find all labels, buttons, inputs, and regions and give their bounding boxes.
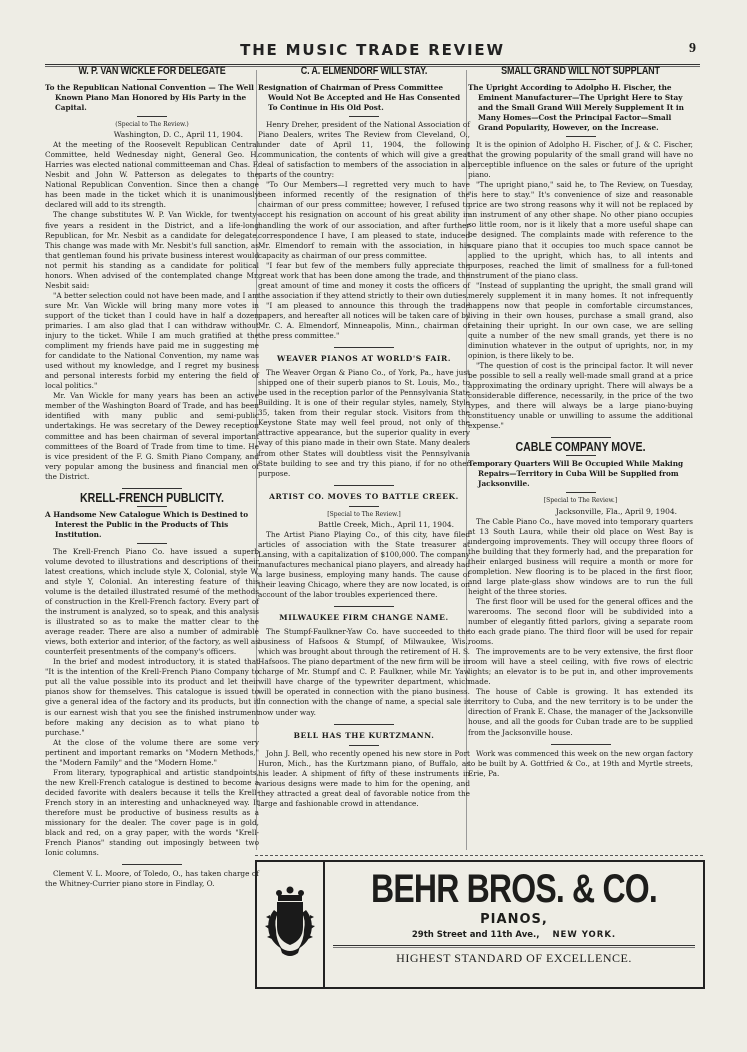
headline: SMALL GRAND WILL NOT SUPPLANT [488, 66, 673, 76]
ad-slogan: HIGHEST STANDARD OF EXCELLENCE. [325, 949, 703, 967]
special-note: [Special to The Review.] [258, 510, 470, 520]
headline: MILWAUKEE FIRM CHANGE NAME. [258, 613, 470, 623]
article-elmendorf: C. A. ELMENDORF WILL STAY. Resignation o… [258, 66, 470, 341]
article-cable: CABLE COMPANY MOVE. Temporary Quarters W… [468, 442, 693, 737]
headline: W. P. VAN WICKLE FOR DELEGATE [64, 66, 239, 76]
paragraph: Work was commenced this week on the new … [468, 749, 693, 779]
special-note: (Special to The Review.) [45, 120, 259, 130]
divider [551, 437, 611, 438]
dateline: Washington, D. C., April 11, 1904. [45, 130, 259, 140]
paragraph: The Artist Piano Playing Co., of this ci… [258, 530, 470, 600]
column-3: SMALL GRAND WILL NOT SUPPLANT The Uprigh… [468, 66, 693, 779]
column-2: C. A. ELMENDORF WILL STAY. Resignation o… [258, 66, 470, 809]
divider [255, 855, 703, 856]
paragraph: The first floor will be used for the gen… [468, 597, 693, 647]
column-1: W. P. VAN WICKLE FOR DELEGATE To the Rep… [45, 66, 259, 889]
article-krell-french: KRELL-FRENCH PUBLICITY. A Handsome New C… [45, 493, 259, 859]
paragraph: The change substitutes W. P. Van Wickle,… [45, 210, 259, 290]
article-weaver: WEAVER PIANOS AT WORLD'S FAIR. The Weave… [258, 354, 470, 479]
divider [334, 347, 394, 348]
divider [566, 455, 596, 456]
divider [122, 864, 182, 865]
paragraph: In the brief and modest introductory, it… [45, 657, 259, 737]
article-bell: BELL HAS THE KURTZMANN. John J. Bell, wh… [258, 731, 470, 809]
divider [566, 492, 596, 493]
article-van-wickle: W. P. VAN WICKLE FOR DELEGATE To the Rep… [45, 66, 259, 482]
divider [349, 745, 379, 746]
article-artist-co: ARTIST CO. MOVES TO BATTLE CREEK. [Speci… [258, 492, 470, 600]
paragraph: The Stumpf-Faulkner-Yaw Co. have succeed… [258, 627, 470, 717]
page-number: 9 [689, 41, 696, 57]
behr-bros-advertisement: BEHR BROS. & CO. PIANOS, 29th Street and… [255, 860, 705, 989]
paragraph: The Cable Piano Co., have moved into tem… [468, 517, 693, 597]
headline: WEAVER PIANOS AT WORLD'S FAIR. [258, 354, 470, 364]
divider [566, 79, 596, 80]
divider [137, 79, 167, 80]
divider [349, 116, 379, 117]
paragraph: The improvements are to be very extensiv… [468, 647, 693, 687]
item-gottfried: Work was commenced this week on the new … [468, 749, 693, 779]
ad-city: NEW YORK. [552, 930, 616, 940]
masthead: THE MUSIC TRADE REVIEW 9 [45, 40, 700, 62]
crest-emblem-icon [257, 862, 325, 987]
deck: A Handsome New Catalogue Which is Destin… [45, 510, 259, 540]
ad-body: BEHR BROS. & CO. PIANOS, 29th Street and… [325, 862, 703, 987]
ad-product: PIANOS, [325, 912, 703, 928]
headline: ARTIST CO. MOVES TO BATTLE CREEK. [258, 492, 470, 502]
divider [137, 543, 167, 544]
paragraph: Henry Dreher, president of the National … [258, 120, 470, 180]
divider [137, 116, 167, 117]
deck: Temporary Quarters Will Be Occupied Whil… [468, 459, 693, 489]
item-moore: Clement V. L. Moore, of Toledo, O., has … [45, 869, 259, 889]
paragraph: "A better selection could not have been … [45, 291, 259, 391]
paragraph: Clement V. L. Moore, of Toledo, O., has … [45, 869, 259, 889]
divider [349, 506, 379, 507]
special-note: [Special to The Review.] [468, 496, 693, 506]
divider [333, 945, 695, 948]
publication-title: THE MUSIC TRADE REVIEW [240, 41, 505, 59]
paragraph: The house of Cable is growing. It has ex… [468, 687, 693, 737]
article-small-grand: SMALL GRAND WILL NOT SUPPLANT The Uprigh… [468, 66, 693, 431]
ad-address: 29th Street and 11th Ave., [412, 930, 540, 940]
paragraph: John J. Bell, who recently opened his ne… [258, 749, 470, 809]
headline: KRELL-FRENCH PUBLICITY. [61, 493, 243, 503]
paragraph: "To Our Members—I regretted very much to… [258, 180, 470, 260]
divider [334, 606, 394, 607]
paragraph: From literary, typographical and artisti… [45, 768, 259, 858]
dateline: Battle Creek, Mich., April 11, 1904. [258, 520, 470, 530]
deck: To the Republican National Convention — … [45, 83, 259, 113]
ad-brand: BEHR BROS. & CO. [363, 866, 665, 912]
paragraph: At the meeting of the Roosevelt Republic… [45, 140, 259, 210]
paragraph: "Instead of supplanting the upright, the… [468, 281, 693, 361]
headline: BELL HAS THE KURTZMANN. [258, 731, 470, 741]
paragraph: "The question of cost is the principal f… [468, 361, 693, 431]
deck: Resignation of Chairman of Press Committ… [258, 83, 470, 113]
paragraph: The Weaver Organ & Piano Co., of York, P… [258, 368, 470, 479]
newspaper-page: THE MUSIC TRADE REVIEW 9 W. P. VAN WICKL… [45, 0, 700, 1052]
divider [551, 744, 611, 745]
divider [334, 485, 394, 486]
divider [122, 488, 182, 489]
paragraph: "The upright piano," said he, to The Rev… [468, 180, 693, 280]
paragraph: The Krell-French Piano Co. have issued a… [45, 547, 259, 658]
paragraph: "I am pleased to announce this through t… [258, 301, 470, 341]
paragraph: It is the opinion of Adolpho H. Fischer,… [468, 140, 693, 180]
paragraph: Mr. Van Wickle for many years has been a… [45, 391, 259, 481]
paragraph: "I fear but few of the members fully app… [258, 261, 470, 301]
paragraph: At the close of the volume there are som… [45, 738, 259, 768]
divider [349, 79, 379, 80]
headline: CABLE COMPANY MOVE. [485, 442, 676, 452]
divider [334, 724, 394, 725]
dateline: Jacksonville, Fla., April 9, 1904. [468, 507, 693, 517]
divider [566, 136, 596, 137]
article-milwaukee: MILWAUKEE FIRM CHANGE NAME. The Stumpf-F… [258, 613, 470, 717]
headline: C. A. ELMENDORF WILL STAY. [277, 66, 451, 76]
ad-address-line: 29th Street and 11th Ave., NEW YORK. [325, 928, 703, 942]
deck: The Upright According to Adolpho H. Fisc… [468, 83, 693, 133]
divider [137, 506, 167, 507]
